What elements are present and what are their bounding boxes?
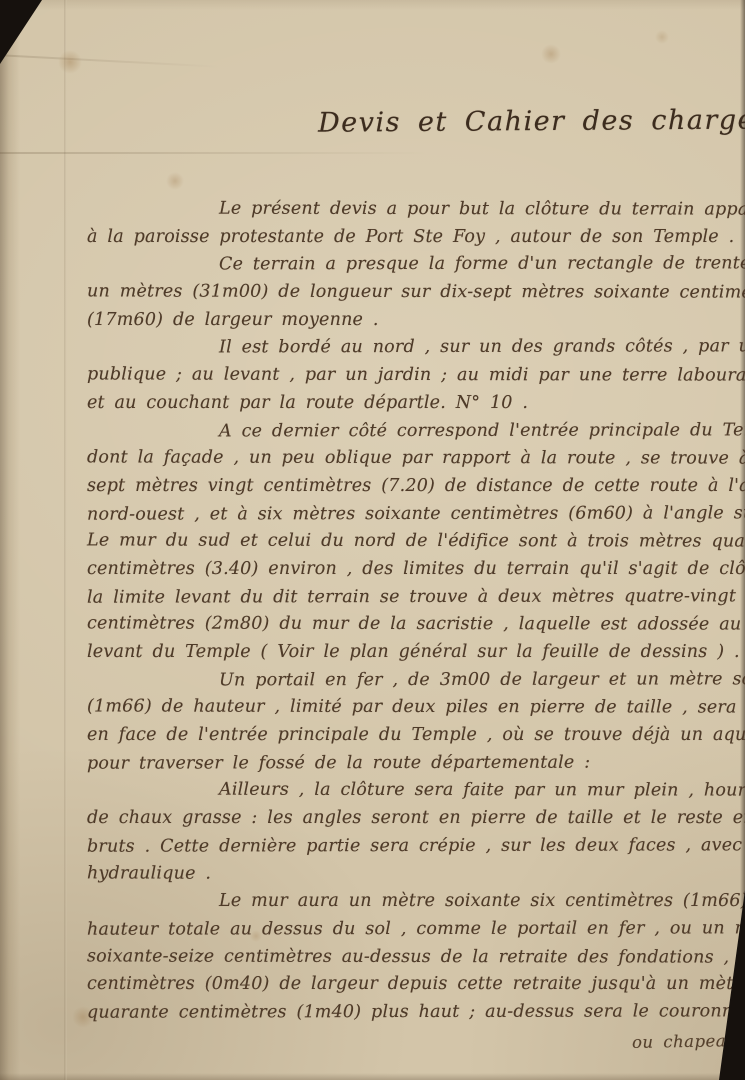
manuscript-line: Il est bordé au nord , sur un des grands… (87, 334, 742, 363)
manuscript-line: bruts . Cette dernière partie sera crépi… (87, 832, 742, 861)
paper-stain (166, 172, 184, 190)
manuscript-line: de chaux grasse : les angles seront en p… (87, 805, 742, 833)
manuscript-line: levant du Temple ( Voir le plan général … (87, 639, 742, 667)
vertical-fold-crease (64, 0, 67, 1080)
manuscript-line: pour traverser le fossé de la route dépa… (87, 749, 742, 778)
manuscript-line: Le présent devis a pour but la clôture d… (87, 195, 742, 224)
manuscript-line: à la paroisse protestante de Port Ste Fo… (87, 224, 742, 252)
paper-stain (655, 30, 669, 44)
manuscript-line: (1m66) de hauteur , limité par deux pile… (87, 694, 742, 723)
manuscript-line: Le mur aura un mètre soixante six centim… (87, 888, 742, 916)
manuscript-line: sept mètres vingt centimètres (7.20) de … (87, 473, 742, 501)
manuscript-line: publique ; au levant , par un jardin ; a… (87, 362, 742, 391)
manuscript-line: centimètres (0m40) de largeur depuis cet… (87, 971, 742, 999)
document-title: Devis et Cahier des charges. (318, 104, 745, 138)
title-underline (407, 150, 537, 153)
manuscript-line: Ce terrain a presque la forme d'un recta… (87, 251, 742, 280)
horizontal-fold-crease (0, 152, 430, 154)
horizontal-fold-crease (0, 54, 220, 68)
manuscript-line: Ailleurs , la clôture sera faite par un … (87, 777, 742, 806)
manuscript-line: en face de l'entrée principale du Temple… (87, 722, 742, 750)
manuscript-line: (17m60) de largeur moyenne . (87, 307, 742, 335)
manuscript-line: centimètres (3.40) environ , des limites… (87, 556, 742, 584)
manuscript-line: Le mur du sud et celui du nord de l'édif… (87, 528, 742, 557)
paper-stain (58, 50, 82, 74)
manuscript-line: hauteur totale au dessus du sol , comme … (87, 915, 742, 944)
manuscript-line: Un portail en fer , de 3m00 de largeur e… (87, 666, 742, 695)
manuscript-line: centimètres (2m80) du mur de la sacristi… (87, 611, 742, 640)
manuscript-line: dont la façade , un peu oblique par rapp… (87, 445, 742, 474)
manuscript-body: Le présent devis a pour but la clôture d… (87, 196, 742, 1027)
manuscript-line: hydraulique . (87, 860, 742, 889)
manuscript-line: soixante-seize centimètres au-dessus de … (87, 943, 742, 972)
catchword: ou chapeau (632, 1031, 738, 1052)
manuscript-line: la limite levant du dit terrain se trouv… (87, 583, 742, 612)
manuscript-line: quarante centimètres (1m40) plus haut ; … (87, 998, 742, 1027)
manuscript-page: Devis et Cahier des charges. Le présent … (0, 0, 745, 1080)
manuscript-line: un mètres (31m00) de longueur sur dix-se… (87, 278, 742, 307)
paper-stain (541, 44, 561, 64)
manuscript-line: et au couchant par la route départle. N°… (87, 390, 742, 418)
manuscript-line: nord-ouest , et à six mètres soixante ce… (87, 500, 742, 529)
manuscript-line: A ce dernier côté correspond l'entrée pr… (87, 417, 742, 446)
